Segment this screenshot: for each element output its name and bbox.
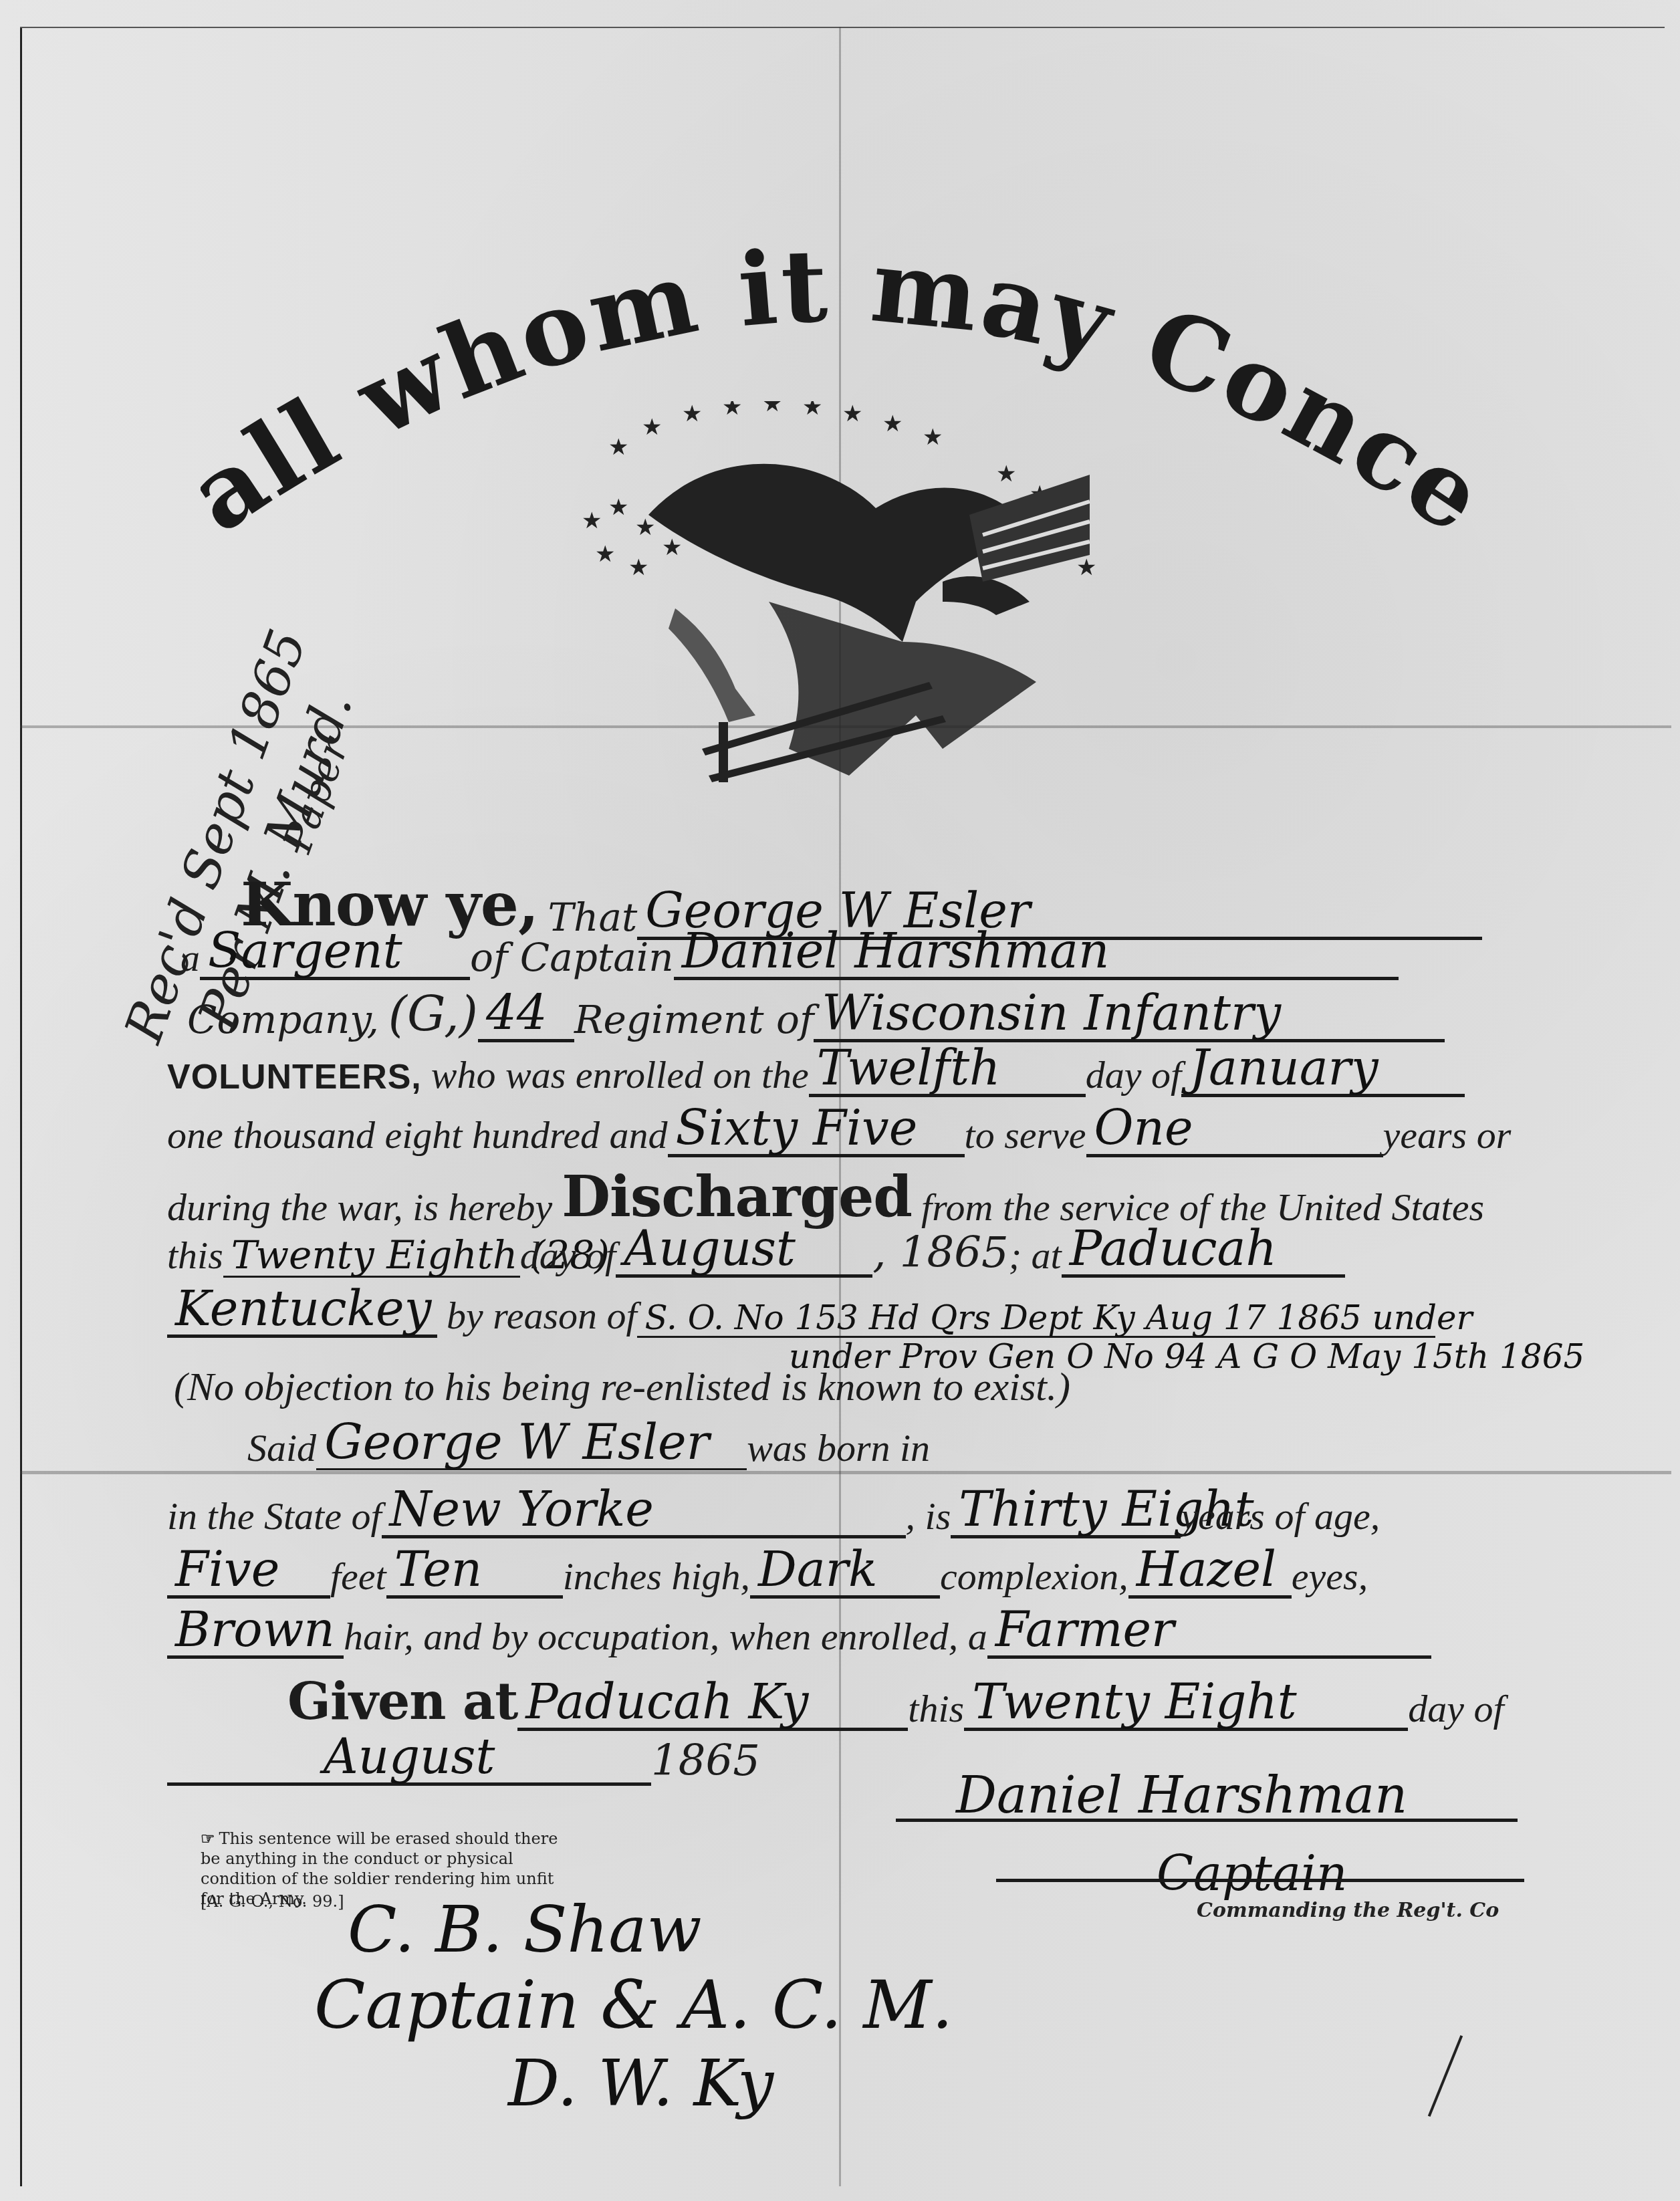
svg-text:★: ★ xyxy=(608,434,628,461)
commander-title-line xyxy=(996,1879,1524,1882)
commanding-caption: Commanding the Reg't. Co xyxy=(1197,1899,1499,1922)
volunteers-label: VOLUNTEERS, xyxy=(167,1057,422,1097)
svg-text:★: ★ xyxy=(628,554,648,581)
enroll-year-field: Sixty Five xyxy=(668,1103,965,1157)
line-enroll-year: one thousand eight hundred and Sixty Fiv… xyxy=(167,1103,1511,1157)
line-reason: Kentuckey by reason of S. O. No 153 Hd Q… xyxy=(167,1284,1435,1338)
given-place-field: Paducah Ky xyxy=(517,1677,908,1731)
svg-text:★: ★ xyxy=(642,414,662,441)
page-border-top xyxy=(20,27,1665,28)
occupation-field: Farmer xyxy=(987,1605,1431,1659)
years-or-label: years or xyxy=(1383,1113,1512,1157)
years-of-age-label: years of age, xyxy=(1181,1494,1380,1538)
line-rank: a Sargent of Captain Daniel Harshman xyxy=(181,926,1399,980)
at-label: ; at xyxy=(1009,1233,1062,1278)
margin-annotation: Rec'd Sept 1865 Per M. Murd. Paper xyxy=(100,548,368,1056)
said-name-field: George W Esler xyxy=(316,1417,747,1470)
age-field: Thirty Eight xyxy=(951,1484,1181,1538)
feet-label: feet xyxy=(330,1554,386,1599)
discharge-certificate: To all whom it may Concern. ★★★ ★★★ ★★★ … xyxy=(0,0,1680,2201)
complexion-label: complexion, xyxy=(940,1554,1128,1599)
discharge-year: , 1865 xyxy=(872,1228,1009,1278)
company-field: (G,) xyxy=(388,986,478,1042)
regiment-number-field: 44 xyxy=(478,988,574,1042)
line-volunteers: VOLUNTEERS, who was enrolled on the Twel… xyxy=(167,1043,1465,1097)
given-day-field: Twenty Eight xyxy=(964,1677,1408,1731)
line-discharge-date: this Twenty Eighth (28) day of August , … xyxy=(167,1224,1345,1278)
company-label: Company, xyxy=(187,997,379,1042)
enrolled-label: who was enrolled on the xyxy=(431,1052,809,1097)
svg-text:★: ★ xyxy=(842,401,862,427)
given-at-label: Given at xyxy=(287,1671,517,1731)
eyes-label: eyes, xyxy=(1292,1554,1368,1599)
given-year: 1865 xyxy=(651,1736,760,1786)
born-in-label: was born in xyxy=(747,1425,930,1470)
of-captain-label: of Captain xyxy=(470,935,674,980)
discharge-month-field: August xyxy=(616,1224,872,1278)
reason-field: S. O. No 153 Hd Qrs Dept Ky Aug 17 1865 … xyxy=(637,1300,1435,1338)
svg-text:★: ★ xyxy=(595,541,615,568)
day-of-label: day of xyxy=(1086,1052,1181,1097)
svg-text:★: ★ xyxy=(996,461,1016,487)
inches-label: inches high, xyxy=(563,1554,750,1599)
complexion-field: Dark xyxy=(750,1544,940,1599)
stray-pen-mark xyxy=(1428,2035,1463,2117)
form-number: [A. G. O., No. 99.] xyxy=(201,1892,344,1911)
commander-signature-line xyxy=(896,1819,1518,1822)
line-said: Said George W Esler was born in xyxy=(247,1417,930,1470)
no-objection-text: (No objection to his being re-enlisted i… xyxy=(174,1364,1070,1410)
rank-prefix: a xyxy=(181,935,200,980)
state-label: in the State of xyxy=(167,1494,382,1538)
regiment-field: Wisconsin Infantry xyxy=(814,988,1445,1042)
svg-text:★: ★ xyxy=(582,507,602,534)
enroll-day-field: Twelfth xyxy=(809,1043,1086,1097)
given-month-field: August xyxy=(167,1732,651,1786)
discharge-place-cont-field: Kentuckey xyxy=(167,1284,437,1338)
enroll-month-field: January xyxy=(1181,1043,1465,1097)
hair-occupation-label: hair, and by occupation, when enrolled, … xyxy=(344,1614,987,1659)
birth-state-field: New Yorke xyxy=(382,1484,906,1538)
svg-text:★: ★ xyxy=(1076,554,1096,581)
this-label-2: this xyxy=(908,1686,964,1731)
discharge-day-field: Twenty Eighth (28) xyxy=(223,1235,520,1278)
eyes-field: Hazel xyxy=(1128,1544,1292,1599)
svg-text:★: ★ xyxy=(635,514,655,541)
svg-text:★: ★ xyxy=(923,424,943,451)
term-field: One xyxy=(1086,1103,1383,1157)
line-discharged: during the war, is hereby Discharged fro… xyxy=(167,1163,1484,1230)
svg-text:★: ★ xyxy=(722,401,742,421)
pointing-hand-icon: ☞ xyxy=(201,1829,215,1849)
by-reason-label: by reason of xyxy=(447,1293,637,1338)
eagle-emblem-icon: ★★★ ★★★ ★★★ ★★★ ★★★ ★★★ ★★ xyxy=(568,401,1116,816)
day-of-label-3: day of xyxy=(1408,1686,1504,1731)
year-text-label: one thousand eight hundred and xyxy=(167,1113,668,1157)
said-label: Said xyxy=(247,1425,316,1470)
commander-signature: Daniel Harshman xyxy=(956,1765,1407,1825)
captain-name-field: Daniel Harshman xyxy=(674,926,1399,980)
svg-text:★: ★ xyxy=(662,534,682,561)
mustering-officer-unit: D. W. Ky xyxy=(508,2046,773,2121)
to-serve-label: to serve xyxy=(965,1113,1086,1157)
during-war-label: during the war, is hereby xyxy=(167,1185,552,1230)
hair-field: Brown xyxy=(167,1605,344,1659)
mustering-officer-signature: C. B. Shaw xyxy=(348,1892,702,1967)
line-given-date: August 1865 xyxy=(167,1732,760,1786)
mustering-officer-title: Captain & A. C. M. xyxy=(314,1966,953,2044)
commander-title-signature: Captain xyxy=(1157,1845,1347,1901)
line-state: in the State of New Yorke , is Thirty Ei… xyxy=(167,1484,1380,1538)
regiment-label: Regiment of xyxy=(574,997,814,1042)
svg-text:★: ★ xyxy=(682,401,702,427)
height-feet-field: Five xyxy=(167,1544,330,1599)
fold-line-lower xyxy=(20,1471,1671,1474)
svg-text:★: ★ xyxy=(608,494,628,521)
rank-field: Sargent xyxy=(200,926,470,980)
line-hair-occupation: Brown hair, and by occupation, when enro… xyxy=(167,1605,1431,1659)
line-physical: Five feet Ten inches high, Dark complexi… xyxy=(167,1544,1368,1599)
line-no-objection: (No objection to his being re-enlisted i… xyxy=(174,1364,1070,1410)
svg-text:★: ★ xyxy=(882,411,903,437)
this-label: this xyxy=(167,1233,223,1278)
height-inches-field: Ten xyxy=(386,1544,563,1599)
line-given-at: Given at Paducah Ky this Twenty Eight da… xyxy=(287,1671,1504,1731)
discharge-place-field: Paducah xyxy=(1062,1224,1345,1278)
line-company: Company, (G,) 44 Regiment of Wisconsin I… xyxy=(187,986,1445,1042)
day-of-label-2: day of xyxy=(520,1233,616,1278)
svg-text:★: ★ xyxy=(802,401,822,421)
is-label: , is xyxy=(906,1494,951,1538)
svg-text:★: ★ xyxy=(762,401,782,417)
page-border-left xyxy=(20,27,22,2186)
